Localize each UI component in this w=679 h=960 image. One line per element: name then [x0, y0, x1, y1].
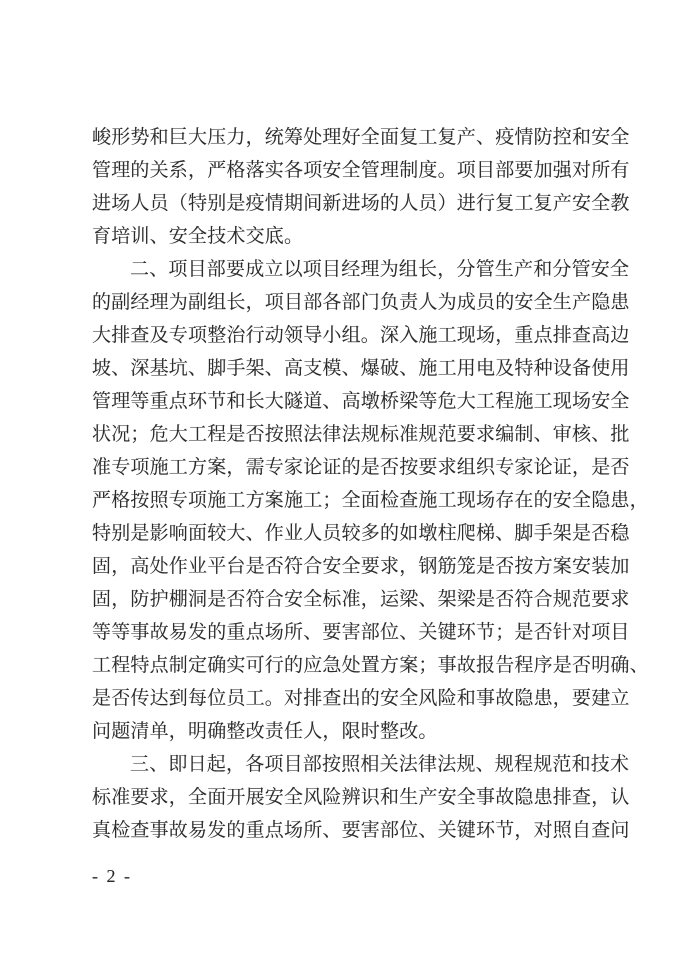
text-line: 管理的关系，严格落实各项安全管理制度。项目部要加强对所有 [92, 154, 604, 187]
text-line: 大排查及专项整治行动领导小组。深入施工现场，重点排查高边 [92, 319, 604, 352]
paragraph: 二、项目部要成立以项目经理为组长，分管生产和分管安全 的副经理为副组长，项目部各… [92, 253, 604, 748]
document-body: 峻形势和巨大压力，统筹处理好全面复工复产、疫情防控和安全 管理的关系，严格落实各… [92, 121, 604, 847]
text-line: 特别是影响面较大、作业人员较多的如墩柱爬梯、脚手架是否稳 [92, 517, 604, 550]
text-line: 真检查事故易发的重点场所、要害部位、关键环节，对照自查问 [92, 814, 604, 847]
text-line: 二、项目部要成立以项目经理为组长，分管生产和分管安全 [92, 253, 604, 286]
text-line: 等等事故易发的重点场所、要害部位、关键环节；是否针对项目 [92, 616, 604, 649]
text-line: 是否传达到每位员工。对排查出的安全风险和事故隐患，要建立 [92, 682, 604, 715]
text-line: 问题清单，明确整改责任人，限时整改。 [92, 715, 604, 748]
text-line: 峻形势和巨大压力，统筹处理好全面复工复产、疫情防控和安全 [92, 121, 604, 154]
paragraph: 峻形势和巨大压力，统筹处理好全面复工复产、疫情防控和安全 管理的关系，严格落实各… [92, 121, 604, 253]
text-line: 状况；危大工程是否按照法律法规标准规范要求编制、审核、批 [92, 418, 604, 451]
page-number: - 2 - [92, 866, 132, 887]
text-line: 管理等重点环节和长大隧道、高墩桥梁等危大工程施工现场安全 [92, 385, 604, 418]
text-line: 三、即日起，各项目部按照相关法律法规、规程规范和技术 [92, 748, 604, 781]
text-line: 育培训、安全技术交底。 [92, 220, 604, 253]
document-page: 峻形势和巨大压力，统筹处理好全面复工复产、疫情防控和安全 管理的关系，严格落实各… [0, 0, 679, 960]
text-line: 标准要求，全面开展安全风险辨识和生产安全事故隐患排查，认 [92, 781, 604, 814]
text-line: 工程特点制定确实可行的应急处置方案；事故报告程序是否明确、 [92, 649, 604, 682]
text-line: 严格按照专项施工方案施工；全面检查施工现场存在的安全隐患， [92, 484, 604, 517]
text-line: 准专项施工方案，需专家论证的是否按要求组织专家论证，是否 [92, 451, 604, 484]
text-line: 固，防护棚洞是否符合安全标准，运梁、架梁是否符合规范要求 [92, 583, 604, 616]
text-line: 进场人员（特别是疫情期间新进场的人员）进行复工复产安全教 [92, 187, 604, 220]
text-line: 坡、深基坑、脚手架、高支模、爆破、施工用电及特种设备使用 [92, 352, 604, 385]
paragraph: 三、即日起，各项目部按照相关法律法规、规程规范和技术 标准要求，全面开展安全风险… [92, 748, 604, 847]
text-line: 的副经理为副组长，项目部各部门负责人为成员的安全生产隐患 [92, 286, 604, 319]
text-line: 固，高处作业平台是否符合安全要求，钢筋笼是否按方案安装加 [92, 550, 604, 583]
